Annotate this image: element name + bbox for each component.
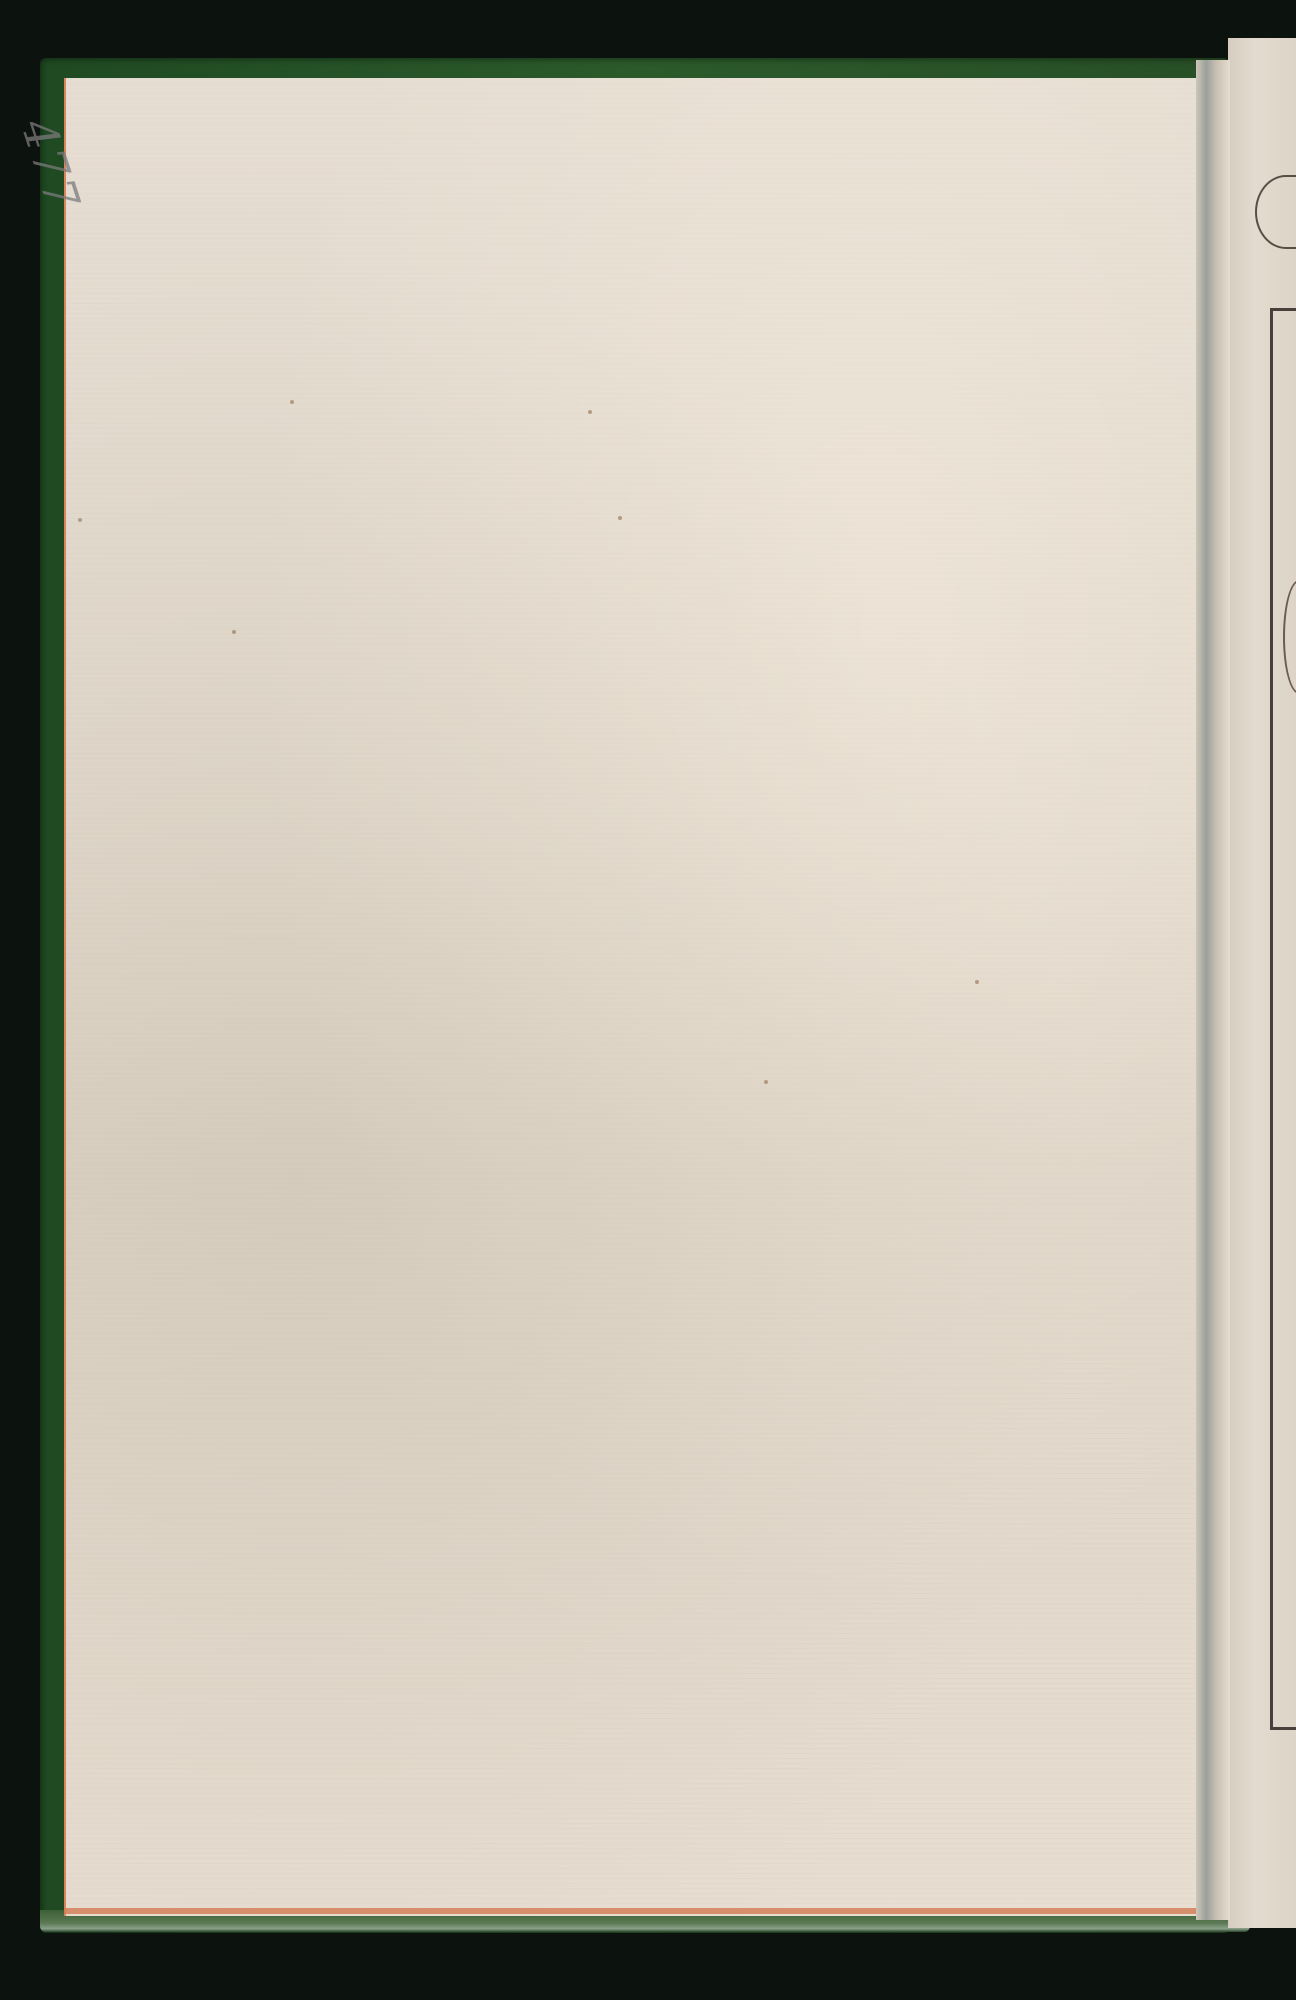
foxing-spot (975, 980, 979, 984)
facing-page-ink-rule (1270, 310, 1273, 1730)
foxing-spot (618, 516, 622, 520)
blank-endpaper (64, 78, 1226, 1916)
foxing-spot (588, 410, 592, 414)
foxing-spot (232, 630, 236, 634)
foxing-spot (78, 518, 82, 522)
facing-page (1228, 38, 1296, 1928)
red-sprinkled-edge (64, 1908, 1224, 1914)
foxing-spot (290, 400, 294, 404)
facing-page-ink-rule-top (1270, 308, 1296, 311)
book-gutter (1196, 60, 1230, 1920)
facing-page-ink-rule-foot (1272, 1727, 1296, 1730)
foxing-spot (764, 1080, 768, 1084)
